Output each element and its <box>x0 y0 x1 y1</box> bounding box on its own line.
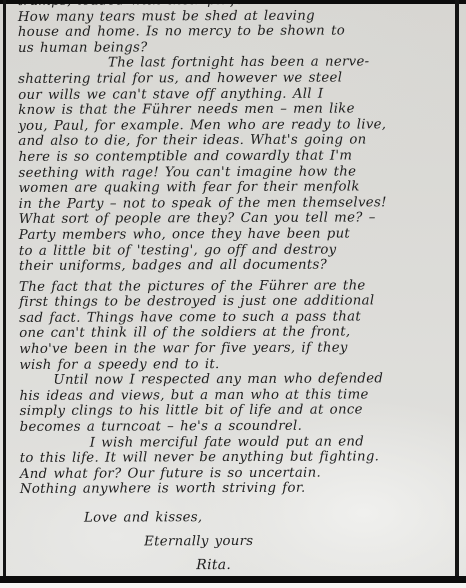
letter-line: you, Paul, for example. Men who are read… <box>18 117 450 134</box>
scan-frame-left <box>3 0 6 581</box>
letter-line: How many tears must be shed at leaving <box>18 8 450 25</box>
letter-line: house and home. Is no mercy to be shown … <box>18 23 450 40</box>
letter-line: shattering trial for us, and however we … <box>18 70 450 87</box>
letter-line: seething with rage! You can't imagine ho… <box>18 164 450 181</box>
scan-frame-bottom <box>0 576 466 583</box>
letter-line: What sort of people are they? Can you te… <box>19 210 451 227</box>
letter-line: his ideas and views, but a man who at th… <box>19 387 451 404</box>
letter-line: Nothing anywhere is worth striving for. <box>20 480 452 497</box>
letter-line: sad fact. Things have come to such a pas… <box>19 309 451 326</box>
letter-line: I wish merciful fate would put an end <box>20 434 452 451</box>
letter-line: simply clings to his little bit of life … <box>20 402 452 419</box>
letter-line: to this life. It will never be anything … <box>20 449 452 466</box>
letter-closing-eternally-yours: Eternally yours <box>144 533 452 550</box>
letter-line: to a little bit of 'testing', go off and… <box>19 242 451 259</box>
letter-line: and also to die, for their ideas. What's… <box>18 132 450 149</box>
letter-line: who've been in the war for five years, i… <box>19 340 451 357</box>
letter-line: wish for a speedy end to it. <box>19 356 451 373</box>
letter-line: know is that the Führer needs men – men … <box>18 101 450 118</box>
letter-signature: Rita. <box>196 557 452 574</box>
letter-line: us human beings? <box>18 39 450 56</box>
letter-line: becomes a turncoat – he's a scoundrel. <box>20 418 452 435</box>
letter-line: Until now I respected any man who defend… <box>19 371 451 388</box>
letter-line: women are quaking with fear for their me… <box>19 179 451 196</box>
letter-line: The last fortnight has been a nerve- <box>18 54 450 71</box>
letter-line: their uniforms, badges and all documents… <box>19 257 451 274</box>
letter-closing-valediction: Love and kisses, <box>84 509 452 526</box>
scan-frame-top <box>0 0 466 4</box>
scan-frame-right <box>455 0 459 581</box>
letter-line: Party members who, once they have been p… <box>19 226 451 243</box>
letter-body: tramps, loaded with their pitiful little… <box>18 0 453 575</box>
letter-scan-viewport: tramps, loaded with their pitiful little… <box>0 0 466 588</box>
scan-margin-strip <box>0 583 466 588</box>
letter-line: our wills we can't stave off anything. A… <box>18 86 450 103</box>
letter-line: And what for? Our future is so uncertain… <box>20 465 452 482</box>
letter-line: here is so contemptible and cowardly tha… <box>18 148 450 165</box>
letter-line: one can't think ill of the soldiers at t… <box>19 325 451 342</box>
letter-line: first things to be destroyed is just one… <box>19 293 451 310</box>
letter-line: in the Party – not to speak of the men t… <box>19 195 451 212</box>
letter-line: The fact that the pictures of the Führer… <box>19 278 451 295</box>
